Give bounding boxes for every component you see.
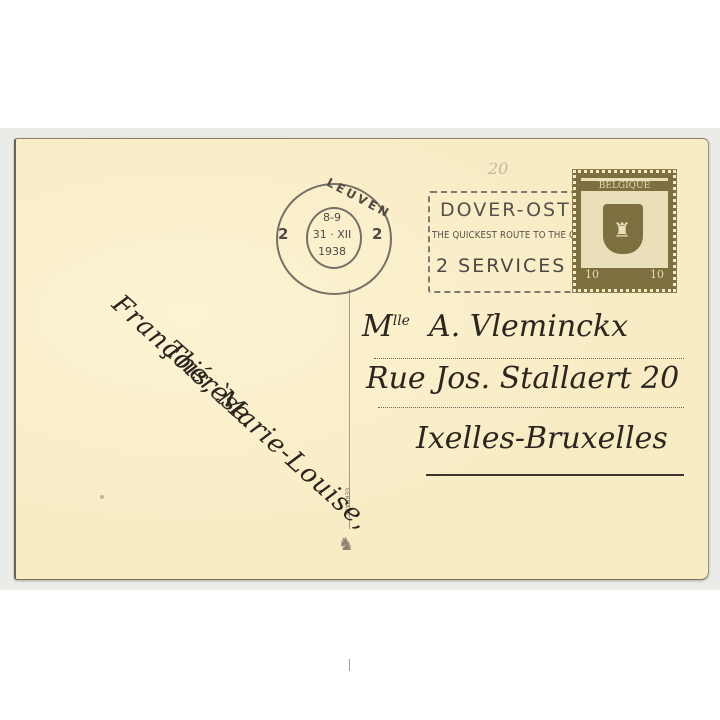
street-address: Rue Jos. Stallaert 20 [366,361,679,396]
address-dotted-line-2 [378,407,684,408]
stamp-field: BELGIQUE ♜ 10 10 [581,178,668,284]
postcard: GERMANY ♞ LEUVEN 2 2 8-9 31 · XII 1938 2… [14,138,709,580]
stamp-country: BELGIQUE [581,181,668,191]
lion-icon: ♜ [613,218,631,242]
city-address: Ixelles-Bruxelles [416,421,668,456]
postmark-date: 31 · XII [306,228,358,241]
recipient-title-sup: lle [393,313,410,329]
paper-speck [100,495,104,499]
sender-names-2: Thérèse. [158,335,263,434]
postage-stamp: BELGIQUE ♜ 10 10 [573,170,676,292]
stamp-value-right: 10 [650,268,664,284]
postmark-office-right: 2 [372,225,382,243]
address-underline [426,474,684,476]
horse-icon: ♞ [338,534,354,555]
stamp-value-left: 10 [585,268,599,284]
postmark-year: 1938 [306,245,358,258]
recipient-name: A. Vleminckx [429,309,628,344]
address-dotted-line-1 [374,358,684,359]
postmark-office-left: 2 [278,225,288,243]
postmark-time: 8-9 [306,211,358,224]
stamp-value-bar: 10 10 [581,268,668,284]
recipient-line: Mlle A. Vleminckx [362,309,628,344]
recipient-title: M [362,309,393,344]
center-divider-line-lower [349,659,350,671]
pencil-note: 20 [488,159,508,178]
